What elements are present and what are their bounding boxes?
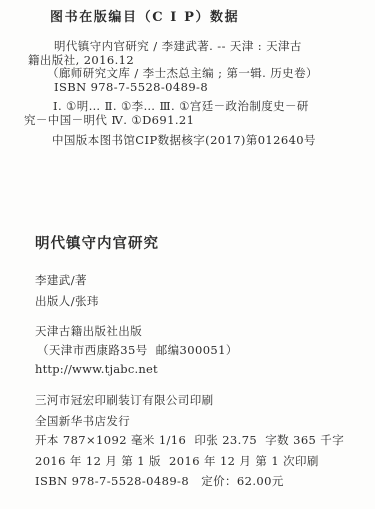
cip-section-header: 图书在版编目（C I P）数据 bbox=[50, 11, 239, 25]
printer-line: 三河市冠宏印刷装订有限公司印刷 bbox=[35, 393, 214, 407]
cip-entry-line-2: 籍出版社, 2016.12 bbox=[28, 53, 134, 67]
isbn-price-line: ISBN 978-7-5528-0489-8 定价：62.00元 bbox=[35, 474, 284, 488]
distributor-line: 全国新华书店发行 bbox=[35, 414, 130, 428]
cip-record-number: 中国版本图书馆CIP数据核字(2017)第012640号 bbox=[52, 133, 316, 147]
author-line: 李建武/著 bbox=[35, 273, 87, 287]
cip-classification-line-2: 究－中国－明代 Ⅳ. ①D691.21 bbox=[24, 113, 194, 127]
publisher-line: 天津古籍出版社出版 bbox=[35, 324, 142, 338]
cip-entry-line-1: 明代镇守内官研究 / 李建武著. -- 天津 : 天津古 bbox=[54, 39, 302, 53]
cip-classification-line-1: Ⅰ. ①明… Ⅱ. ①李… Ⅲ. ①宫廷－政治制度史－研 bbox=[53, 99, 309, 113]
edition-printing-line: 2016 年 12 月 第 1 版 2016 年 12 月 第 1 次印刷 bbox=[35, 454, 319, 468]
publisher-address-line: （天津市西康路35号 邮编300051） bbox=[37, 343, 238, 357]
publisher-website: http://www.tjabc.net bbox=[35, 362, 158, 376]
cip-series-line: （廊师研究文库 / 李士杰总主编 ; 第一辑. 历史卷） bbox=[47, 66, 318, 80]
book-copyright-page: 图书在版编目（C I P）数据 明代镇守内官研究 / 李建武著. -- 天津 :… bbox=[0, 0, 375, 509]
cip-isbn-line: ISBN 978-7-5528-0489-8 bbox=[54, 80, 208, 94]
format-specs-line: 开本 787×1092 毫米 1/16 印张 23.75 字数 365 千字 bbox=[35, 433, 344, 447]
publisher-person-line: 出版人/张玮 bbox=[35, 294, 99, 308]
book-title: 明代镇守内官研究 bbox=[35, 237, 159, 251]
